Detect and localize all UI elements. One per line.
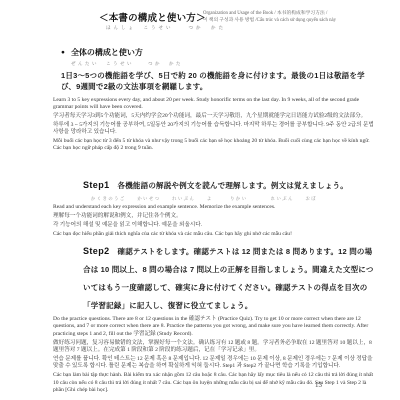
step2-heading-text: 確認テストをします。確認テストは 12 問または 8 問あります。12 問の場合… xyxy=(83,247,374,310)
page-number: 13 xyxy=(315,381,322,389)
step1-heading: Step1各機能語の解説や例文を読んで理解します。例文は覚えましょう。 xyxy=(83,175,377,193)
overview-korean-paragraph: 하루에 3 ~ 5가지의 기능어를 공부하여, 5일동안 20가지의 기능어를 … xyxy=(53,122,374,137)
step2-korean-paragraph: 연습 문제를 풉니다. 확인 테스트는 12 문제 혹은 8 문제입니다. 12… xyxy=(53,356,377,371)
title-translations: Organization and Usage of the Book / 本书的… xyxy=(203,11,383,25)
step1-heading-furigana: かくきのうご かいせつ れいぶん よ りかい れいぶん おぼ xyxy=(91,196,377,202)
step1-korean-paragraph: 각 기능어의 해설 및 예문을 읽고 이해합니다. 예문을 외웁시다. xyxy=(53,222,377,229)
step2-english-paragraph: Do the practice questions. There are 8 o… xyxy=(53,316,377,338)
step1-chinese-paragraph: 理解每一个功能词的解说和例文，并记住各个例文。 xyxy=(53,213,377,220)
section-step2: Step2確認テストをします。確認テストは 12 問または 8 問あります。12… xyxy=(53,241,377,396)
step1-heading-text: 各機能語の解説や例文を読んで理解します。例文は覚えましょう。 xyxy=(118,181,348,190)
overview-heading-text: 全体の構成と使い方 xyxy=(71,48,143,57)
overview-translations: Learn 3 to 5 key expressions every day, … xyxy=(53,97,374,153)
overview-chinese-paragraph: 学习者每天学习3到5个功能词，5天内约学会20个功能词，最后一天学习敬语，九个星… xyxy=(53,113,374,120)
page-title-furigana: ほんしょ こうせい つか かた xyxy=(99,25,226,31)
step1-label: Step1 xyxy=(83,180,110,190)
title-translation-line1: Organization and Usage of the Book / 本书的… xyxy=(203,11,383,18)
overview-vietnamese-paragraph: Mỗi buổi các bạn học từ 3 đến 5 từ khóa … xyxy=(53,138,374,153)
step2-translations: Do the practice questions. There are 8 o… xyxy=(53,316,377,395)
bullet-marker-icon: ● xyxy=(61,49,65,56)
step2-heading: Step2確認テストをします。確認テストは 12 問または 8 問あります。12… xyxy=(83,241,377,313)
section-step1: Step1各機能語の解説や例文を読んで理解します。例文は覚えましょう。 かくきの… xyxy=(53,175,377,240)
overview-heading-furigana: ぜんたい こうせい つか かた xyxy=(61,61,374,67)
step2-chinese-paragraph: 做好练习问题，复习容易做错的文法，掌握好每一个文法。确认练习有 12 题或 8 … xyxy=(53,340,377,355)
textbook-page: ＜本書の構成と使い方＞ ほんしょ こうせい つか かた Organization… xyxy=(0,0,400,400)
step1-translations: Read and understand each key expression … xyxy=(53,204,377,238)
section-overview: ● 全体の構成と使い方 ぜんたい こうせい つか かた 1日3〜5つの機能語を学… xyxy=(53,42,374,154)
overview-heading: ● 全体の構成と使い方 ぜんたい こうせい つか かた xyxy=(61,42,374,67)
step1-vietnamese-paragraph: Các bạn đọc hiểu phần giải thích nghĩa c… xyxy=(53,231,377,238)
overview-english-paragraph: Learn 3 to 5 key expressions every day, … xyxy=(53,97,374,112)
title-translation-line2: 이 책의 구성과 사용 방법 /Cấu trúc và cách sử dụng… xyxy=(203,18,383,25)
step2-vietnamese-paragraph: Các bạn làm bài tập thực hành. Bài kiểm … xyxy=(53,372,377,394)
step1-english-paragraph: Read and understand each key expression … xyxy=(53,204,377,211)
step2-label: Step2 xyxy=(83,246,110,256)
overview-japanese-paragraph: 1日3〜5つの機能語を学び、5日で約 20 の機能語を身に付けます。最後の1日は… xyxy=(61,70,374,92)
